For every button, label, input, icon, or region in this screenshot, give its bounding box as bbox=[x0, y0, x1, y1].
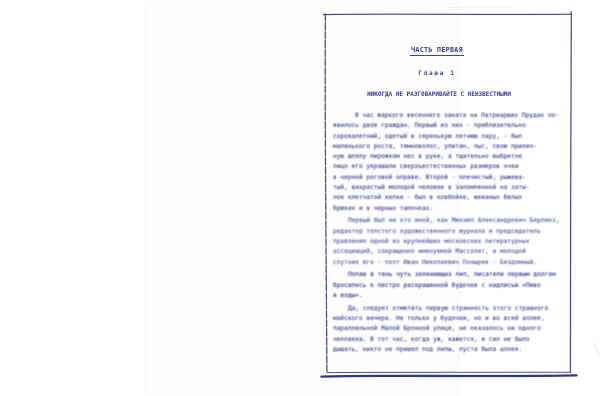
text-line: правления одной из крупнейших московских… bbox=[333, 237, 563, 247]
part-heading-text: ЧАСТЬ ПЕРВАЯ bbox=[410, 46, 464, 56]
paragraph: Попав в тень чуть зеленеющих лип, писате… bbox=[333, 270, 563, 301]
text-line: Первый был не кто иной, как Михаил Алекс… bbox=[333, 216, 563, 226]
text-line: маленького роста, темноволос, упитан, лы… bbox=[333, 142, 563, 152]
body-text: В час жаркого весеннего заката на Патриа… bbox=[333, 111, 563, 358]
text-line: Попав в тень чуть зеленеющих лип, писате… bbox=[333, 270, 563, 280]
chapter-heading: Глава 1 bbox=[323, 69, 551, 78]
manuscript-page: ЧАСТЬ ПЕРВАЯ Глава 1 НИКОГДА НЕ РАЗГОВАР… bbox=[147, 0, 457, 396]
paragraph: Да, следует отметить первую странность э… bbox=[333, 304, 563, 355]
text-line: спутник его - поэт Иван Николаевич Поныр… bbox=[333, 258, 563, 268]
text-line: дышать, никто не пришел под липы, пуста … bbox=[333, 345, 563, 355]
scan-background: ЧАСТЬ ПЕРВАЯ Глава 1 НИКОГДА НЕ РАЗГОВАР… bbox=[0, 0, 600, 396]
text-line: лок клетчатой кепке - был в ковбойке, же… bbox=[333, 193, 563, 203]
paragraph: Первый был не кто иной, как Михаил Алекс… bbox=[333, 216, 563, 267]
text-line: явилось двое граждан. Первый из них - пр… bbox=[333, 121, 563, 131]
chapter-title: НИКОГДА НЕ РАЗГОВАРИВАЙТЕ С НЕИЗВЕСТНЫМИ bbox=[323, 91, 555, 100]
text-line: редактор толстого художественного журнал… bbox=[333, 227, 563, 237]
text-line: брюках и в черных тапочках. bbox=[333, 204, 563, 214]
text-line: тый, вихрастый молодой человек в заломле… bbox=[333, 183, 563, 193]
text-line: Да, следует отметить первую странность э… bbox=[333, 304, 563, 314]
text-line: параллельной Малой Бронной улице, не ока… bbox=[333, 324, 563, 334]
text-line: в черной роговой оправе. Второй - плечис… bbox=[333, 173, 563, 183]
text-line: сорокалетний, одетый в серенькую летнюю … bbox=[333, 132, 563, 142]
text-line: человека. В тот час, когда уж, кажется, … bbox=[333, 335, 563, 345]
text-line: ную шляпу пирожком нес в руке, а тщатель… bbox=[333, 152, 563, 162]
part-heading: ЧАСТЬ ПЕРВАЯ bbox=[323, 46, 551, 55]
text-line: ассоциаций, сокращенно именуемой Массоли… bbox=[333, 247, 563, 257]
text-line: майского вечера. Не только у будочки, но… bbox=[333, 314, 563, 324]
text-line: и воды». bbox=[333, 291, 563, 301]
paragraph: В час жаркого весеннего заката на Патриа… bbox=[333, 111, 563, 214]
text-line: В час жаркого весеннего заката на Патриа… bbox=[333, 111, 563, 121]
text-line: бросились к пестро раскрашенной будочке … bbox=[333, 281, 563, 291]
text-line: лицо его украшали сверхъестественных раз… bbox=[333, 162, 563, 172]
